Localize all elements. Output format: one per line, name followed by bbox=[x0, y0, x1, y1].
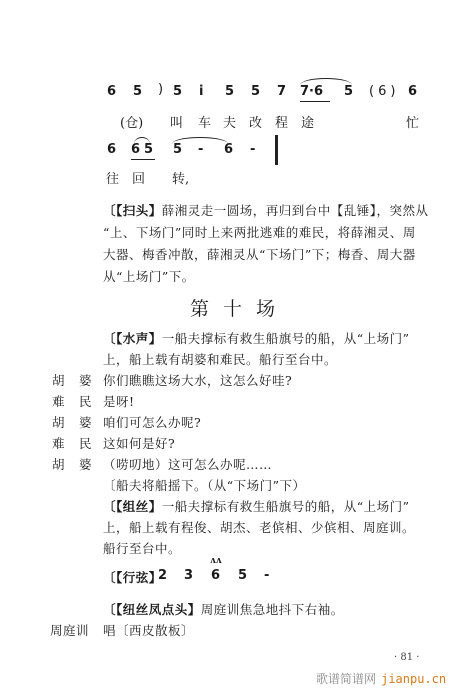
lyric: 程 bbox=[275, 112, 288, 131]
scene-title: 第十场 bbox=[190, 294, 289, 321]
note: 2 bbox=[158, 568, 167, 583]
note-group: 65 bbox=[131, 142, 157, 157]
note-high: i̇ bbox=[199, 84, 203, 99]
direction-text: 大器、梅香冲散，薛湘灵从“下场门”下；梅香、周大器 bbox=[103, 245, 416, 263]
direction-text: 上，船上载有程俊、胡杰、老傧相、少傧相、周庭训。 bbox=[103, 518, 415, 536]
note: 6 bbox=[107, 142, 116, 157]
underline bbox=[131, 159, 155, 160]
trill-ornament-icon: ᴧᴧ bbox=[210, 556, 222, 566]
note: 6 bbox=[224, 142, 233, 157]
watermark: 歌谱简谱网 jianpu.cn bbox=[316, 668, 446, 687]
lyric: 车 bbox=[198, 112, 211, 131]
note: 5 bbox=[238, 568, 247, 583]
lyric: 途 bbox=[301, 112, 314, 131]
lyric: 夫 bbox=[223, 112, 236, 131]
underline bbox=[300, 101, 330, 102]
lyric: 忙 bbox=[406, 112, 419, 131]
note: 5 bbox=[225, 84, 234, 99]
dash: - bbox=[198, 142, 203, 157]
dash: - bbox=[264, 568, 269, 583]
final-barline bbox=[275, 135, 278, 165]
stage-direction-5: 〔【纽丝凤点头】周庭训焦急地抖下右袖。 bbox=[103, 600, 344, 618]
stage-direction-3: 〔船夫将船摇下。（从“下场门”下） bbox=[103, 476, 306, 494]
speaker: 周庭训 bbox=[50, 621, 89, 639]
direction-label: 〔【组丝】 bbox=[103, 499, 162, 514]
note: 5 bbox=[251, 84, 260, 99]
direction-text: 一船夫撑标有救生船旗号的船，从“上场门” bbox=[162, 499, 410, 514]
direction-text: 一船夫撑标有救生船旗号的船，从“上场门” bbox=[162, 331, 410, 346]
direction-text: 薛湘灵走一圆场，再归到台中【乱锤】，突然从 bbox=[162, 203, 429, 218]
dialogue-line: 这如何是好? bbox=[103, 434, 175, 452]
dialogue-line: 是呀! bbox=[103, 392, 135, 410]
dialogue-line: 你们瞧瞧这场大水，这怎么好哇? bbox=[103, 371, 292, 389]
paren: ) bbox=[158, 82, 163, 97]
note: 5 bbox=[173, 142, 182, 157]
direction-text: 周庭训焦急地抖下右袖。 bbox=[201, 602, 344, 617]
lyric: (仓) bbox=[120, 112, 143, 131]
note: 6 bbox=[107, 84, 116, 99]
direction-text: 船行至台中。 bbox=[103, 539, 181, 557]
note-paren: (6) bbox=[369, 84, 399, 99]
direction-text: 从“上场门”下。 bbox=[103, 267, 195, 285]
note: 6 bbox=[211, 568, 220, 583]
dialogue-line: （唠叨地）这可怎么办呢…… bbox=[103, 455, 272, 473]
direction-text: “上、下场门”同时上来两批逃难的难民，将薛湘灵、周 bbox=[103, 223, 416, 241]
speaker: 胡 婆 bbox=[52, 455, 93, 473]
singing-cue: 唱〔西皮散板〕 bbox=[103, 621, 194, 639]
note-group: 7·6 bbox=[300, 84, 323, 99]
watermark-cn: 歌谱简谱网 bbox=[316, 672, 376, 686]
lyric: 改 bbox=[249, 112, 262, 131]
dash: - bbox=[250, 142, 255, 157]
watermark-en: jianpu.cn bbox=[381, 672, 446, 686]
direction-label: 〔【水声】 bbox=[103, 331, 162, 346]
speaker: 难 民 bbox=[52, 392, 93, 410]
note: 5 bbox=[173, 84, 182, 99]
note: 3 bbox=[184, 568, 193, 583]
direction-label: 〔【纽丝凤点头】 bbox=[103, 602, 201, 617]
direction-label: 〔【扫头】 bbox=[103, 203, 162, 218]
note: 7 bbox=[277, 84, 286, 99]
lyric: 回 bbox=[132, 168, 145, 187]
lyric: 转, bbox=[172, 168, 189, 187]
speaker: 难 民 bbox=[52, 434, 93, 452]
note: 5 bbox=[344, 84, 353, 99]
lyric: 叫 bbox=[170, 112, 183, 131]
note: 6 bbox=[408, 84, 417, 99]
page-number: · 81 · bbox=[394, 652, 419, 663]
lyric: 往 bbox=[106, 168, 119, 187]
speaker: 胡 婆 bbox=[52, 413, 93, 431]
note: 5 bbox=[133, 84, 142, 99]
direction-label: 〔【行弦】 bbox=[103, 568, 162, 586]
speaker: 胡 婆 bbox=[52, 371, 93, 389]
dialogue-line: 咱们可怎么办呢? bbox=[103, 413, 201, 431]
direction-text: 上，船上载有胡婆和难民。船行至台中。 bbox=[103, 350, 337, 368]
